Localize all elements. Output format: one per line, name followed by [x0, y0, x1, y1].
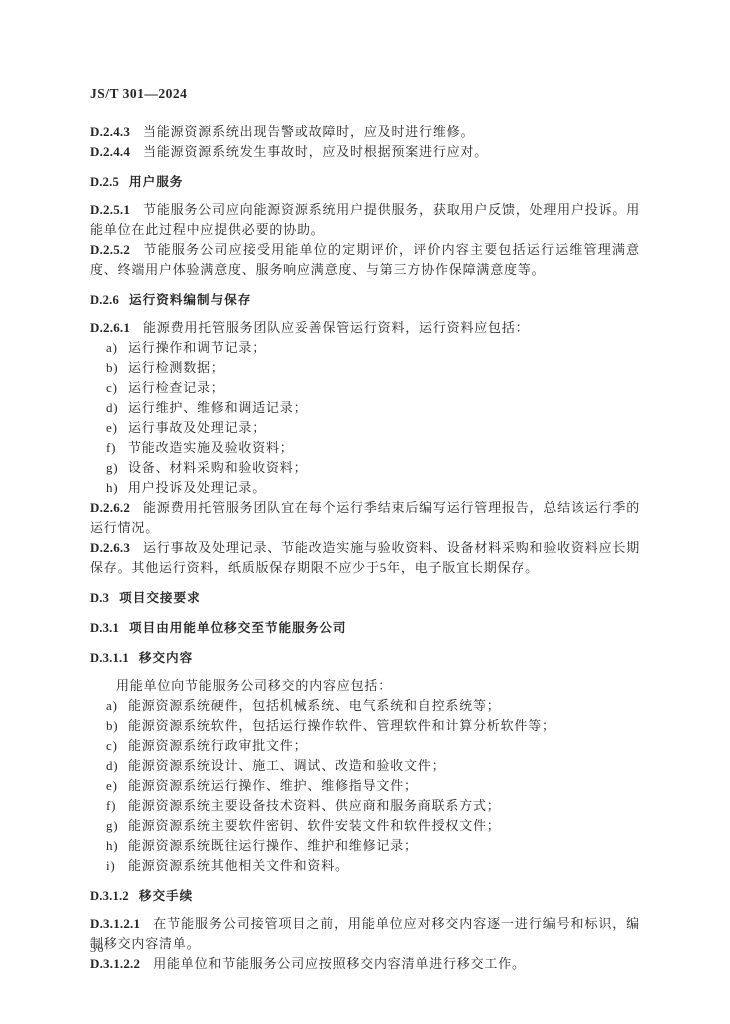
list-item-label: e) [106, 776, 128, 796]
clause-number: D.3.1.2 [90, 889, 139, 903]
list-item: g)能源资源系统主要软件密钥、软件安装文件和软件授权文件； [90, 816, 640, 836]
list-item: e)运行事故及处理记录； [90, 418, 640, 438]
list-item-text: 能源资源系统主要设备技术资料、供应商和服务商联系方式； [128, 796, 640, 816]
list-item-text: 能源资源系统设计、施工、调试、改造和验收文件； [128, 756, 640, 776]
clause-text: 能源费用托管服务团队应妥善保管运行资料，运行资料应包括： [143, 320, 529, 335]
list-item-label: f) [106, 438, 128, 458]
list-item-text: 用户投诉及处理记录。 [128, 478, 640, 498]
list-item-label: c) [106, 736, 128, 756]
list-item-text: 运行检查记录； [128, 378, 640, 398]
list-item-label: h) [106, 478, 128, 498]
section-heading: D.3.1.1移交内容 [90, 648, 640, 668]
clause-number: D.2.5.1 [90, 202, 143, 217]
section-heading: D.3.1项目由用能单位移交至节能服务公司 [90, 618, 640, 638]
list-item: f)能源资源系统主要设备技术资料、供应商和服务商联系方式； [90, 796, 640, 816]
clause-text: 节能服务公司应向能源资源系统用户提供服务，获取用户反馈，处理用户投诉。用能单位在… [90, 202, 640, 237]
list-item: a)能源资源系统硬件，包括机械系统、电气系统和自控系统等； [90, 696, 640, 716]
list-item-text: 能源资源系统行政审批文件； [128, 736, 640, 756]
clause-number: D.3.1 [90, 621, 129, 635]
list-item-text: 能源资源系统软件，包括运行操作软件、管理软件和计算分析软件等； [128, 716, 640, 736]
list-item-text: 能源资源系统其他相关文件和资料。 [128, 856, 640, 876]
list-item-text: 能源资源系统运行操作、维护、维修指导文件； [128, 776, 640, 796]
standard-code-header: JS/T 301—2024 [90, 86, 640, 102]
clause-number: D.3.1.2.2 [90, 956, 153, 971]
clause-text: 能源费用托管服务团队宜在每个运行季结束后编写运行管理报告，总结该运行季的运行情况… [90, 500, 640, 535]
clause-text: 当能源资源系统出现告警或故障时，应及时进行维修。 [143, 124, 474, 139]
list-item-label: h) [106, 836, 128, 856]
section-heading: D.2.6运行资料编制与保存 [90, 290, 640, 310]
list-item: f)节能改造实施及验收资料； [90, 438, 640, 458]
clause-number: D.2.6.3 [90, 540, 143, 555]
clause-text: 运行资料编制与保存 [129, 293, 251, 307]
list-item: e)能源资源系统运行操作、维护、维修指导文件； [90, 776, 640, 796]
list-item: d)运行维护、维修和调适记录； [90, 398, 640, 418]
list-item: a)运行操作和调节记录； [90, 338, 640, 358]
list-item-text: 设备、材料采购和验收资料； [128, 458, 640, 478]
section-heading: D.3.1.2移交手续 [90, 886, 640, 906]
list-item: h)用户投诉及处理记录。 [90, 478, 640, 498]
clause-text: 用户服务 [129, 175, 183, 189]
list-item: b)能源资源系统软件，包括运行操作软件、管理软件和计算分析软件等； [90, 716, 640, 736]
list-item-label: b) [106, 358, 128, 378]
clause-text: 用能单位和节能服务公司应按照移交内容清单进行移交工作。 [153, 956, 526, 971]
clause-number: D.2.6 [90, 293, 129, 307]
list-item-text: 能源资源系统主要软件密钥、软件安装文件和软件授权文件； [128, 816, 640, 836]
list-item: h)能源资源系统既往运行操作、维护和维修记录； [90, 836, 640, 856]
clause-number: D.3.1.1 [90, 651, 139, 665]
clause-paragraph: D.2.5.2节能服务公司应接受用能单位的定期评价，评价内容主要包括运行运维管理… [90, 240, 640, 280]
clause-text: 用能单位向节能服务公司移交的内容应包括： [116, 678, 392, 693]
clause-text: 运行事故及处理记录、节能改造实施与验收资料、设备材料采购和验收资料应长期保存。其… [90, 540, 640, 575]
clause-number: D.2.4.3 [90, 124, 143, 139]
clause-text: 项目交接要求 [119, 591, 201, 605]
list-item-label: a) [106, 338, 128, 358]
section-heading: D.2.5用户服务 [90, 172, 640, 192]
clause-number: D.2.5 [90, 175, 129, 189]
clause-paragraph: D.2.4.4当能源资源系统发生事故时，应及时根据预案进行应对。 [90, 142, 640, 162]
clause-text: 移交内容 [139, 651, 193, 665]
list-item-label: b) [106, 716, 128, 736]
clause-text: 在节能服务公司接管项目之前，用能单位应对移交内容逐一进行编号和标识，编制移交内容… [90, 916, 640, 951]
page-number: 36 [90, 941, 105, 956]
clause-text: 项目由用能单位移交至节能服务公司 [129, 621, 347, 635]
clause-number: D.2.4.4 [90, 144, 143, 159]
clause-text: 节能服务公司应接受用能单位的定期评价，评价内容主要包括运行运维管理满意度、终端用… [90, 242, 640, 277]
list-item: c)能源资源系统行政审批文件； [90, 736, 640, 756]
list-item-text: 运行维护、维修和调适记录； [128, 398, 640, 418]
clause-paragraph: D.2.6.3运行事故及处理记录、节能改造实施与验收资料、设备材料采购和验收资料… [90, 538, 640, 578]
clause-paragraph: D.2.4.3当能源资源系统出现告警或故障时，应及时进行维修。 [90, 122, 640, 142]
list-item-label: a) [106, 696, 128, 716]
clause-paragraph: D.2.6.2能源费用托管服务团队宜在每个运行季结束后编写运行管理报告，总结该运… [90, 498, 640, 538]
document-page: JS/T 301—2024 D.2.4.3当能源资源系统出现告警或故障时，应及时… [0, 0, 730, 1024]
clause-paragraph: D.2.6.1能源费用托管服务团队应妥善保管运行资料，运行资料应包括： [90, 318, 640, 338]
clause-list: a)运行操作和调节记录；b)运行检测数据；c)运行检查记录；d)运行维护、维修和… [90, 338, 640, 498]
list-item-label: i) [106, 856, 128, 876]
list-item-text: 运行检测数据； [128, 358, 640, 378]
clause-number: D.3 [90, 591, 119, 605]
list-item-text: 运行操作和调节记录； [128, 338, 640, 358]
clause-number: D.2.6.2 [90, 500, 143, 515]
list-item-label: e) [106, 418, 128, 438]
list-item-label: c) [106, 378, 128, 398]
clause-text: 移交手续 [139, 889, 193, 903]
clause-list: a)能源资源系统硬件，包括机械系统、电气系统和自控系统等；b)能源资源系统软件，… [90, 696, 640, 876]
clause-paragraph: 用能单位向节能服务公司移交的内容应包括： [90, 676, 640, 696]
clause-paragraph: D.2.5.1节能服务公司应向能源资源系统用户提供服务，获取用户反馈，处理用户投… [90, 200, 640, 240]
list-item: g)设备、材料采购和验收资料； [90, 458, 640, 478]
list-item-label: d) [106, 398, 128, 418]
list-item-text: 能源资源系统硬件，包括机械系统、电气系统和自控系统等； [128, 696, 640, 716]
list-item-text: 能源资源系统既往运行操作、维护和维修记录； [128, 836, 640, 856]
list-item: d)能源资源系统设计、施工、调试、改造和验收文件； [90, 756, 640, 776]
list-item: c)运行检查记录； [90, 378, 640, 398]
list-item-label: g) [106, 816, 128, 836]
clause-text: 当能源资源系统发生事故时，应及时根据预案进行应对。 [143, 144, 488, 159]
list-item-text: 运行事故及处理记录； [128, 418, 640, 438]
list-item-label: f) [106, 796, 128, 816]
clause-paragraph: D.3.1.2.1在节能服务公司接管项目之前，用能单位应对移交内容逐一进行编号和… [90, 914, 640, 954]
list-item-label: d) [106, 756, 128, 776]
list-item: i)能源资源系统其他相关文件和资料。 [90, 856, 640, 876]
list-item: b)运行检测数据； [90, 358, 640, 378]
list-item-label: g) [106, 458, 128, 478]
clause-paragraph: D.3.1.2.2用能单位和节能服务公司应按照移交内容清单进行移交工作。 [90, 954, 640, 974]
clause-number: D.2.6.1 [90, 320, 143, 335]
section-heading: D.3项目交接要求 [90, 588, 640, 608]
document-content: D.2.4.3当能源资源系统出现告警或故障时，应及时进行维修。D.2.4.4当能… [90, 122, 640, 974]
clause-number: D.2.5.2 [90, 242, 143, 257]
list-item-text: 节能改造实施及验收资料； [128, 438, 640, 458]
clause-number: D.3.1.2.1 [90, 916, 153, 931]
